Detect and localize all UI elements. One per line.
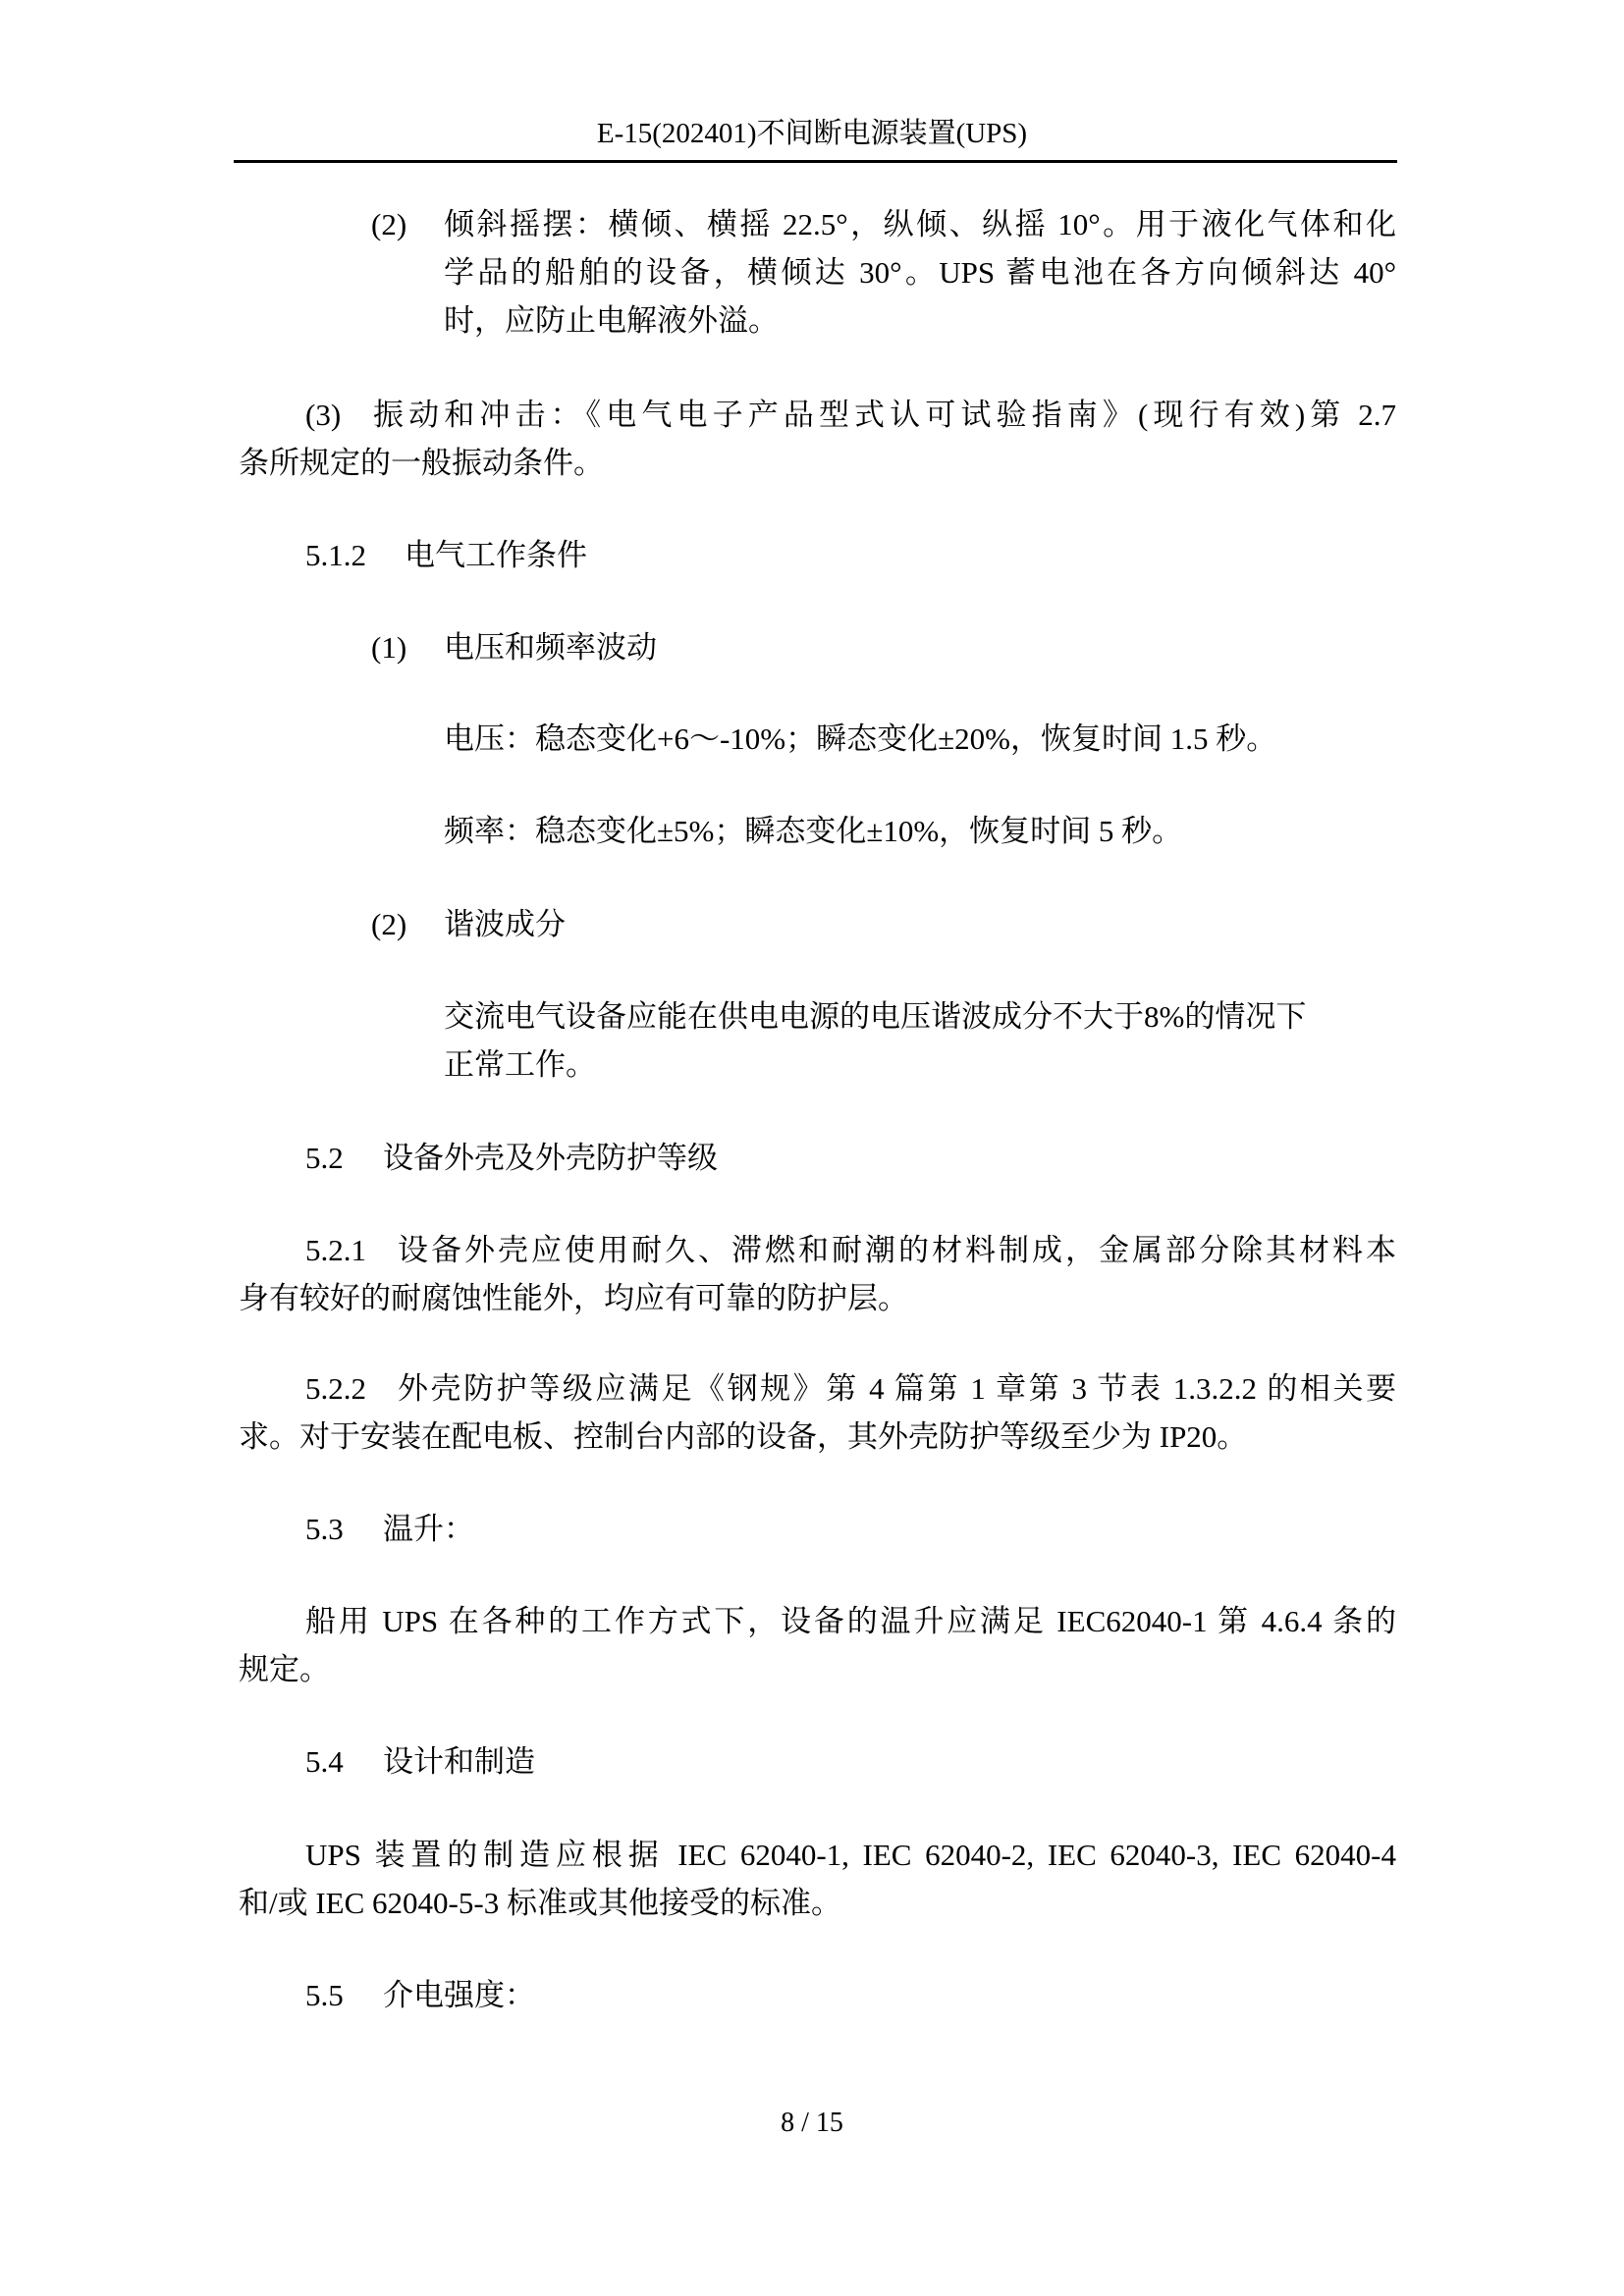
header-divider: [234, 160, 1397, 163]
paragraph-line: 学品的船舶的设备，横倾达 30°。UPS 蓄电池在各方向倾斜达 40°: [444, 253, 1396, 293]
paragraph-line: 正常工作。: [444, 1045, 596, 1085]
item-label: (3): [305, 396, 341, 435]
section-number: 5.2: [305, 1139, 344, 1178]
section-title: 设备外壳及外壳防护等级: [383, 1139, 718, 1178]
document-title: E-15(202401)不间断电源装置(UPS): [0, 116, 1624, 151]
paragraph-line: UPS 装置的制造应根据 IEC 62040-1, IEC 62040-2, I…: [305, 1836, 1396, 1875]
paragraph-line: 身有较好的耐腐蚀性能外，均应有可靠的防护层。: [239, 1279, 908, 1318]
paragraph-line: 交流电气设备应能在供电电源的电压谐波成分不大于8%的情况下: [444, 997, 1306, 1037]
page-number: 8 / 15: [0, 2107, 1624, 2140]
paragraph-line: 船用 UPS 在各种的工作方式下，设备的温升应满足 IEC62040-1 第 4…: [305, 1602, 1396, 1641]
frequency-spec: 频率：稳态变化±5%；瞬态变化±10%，恢复时间 5 秒。: [444, 812, 1182, 851]
section-number: 5.1.2: [305, 536, 366, 575]
paragraph-line: 条所规定的一般振动条件。: [239, 444, 604, 483]
paragraph-line: 倾斜摇摆：横倾、横摇 22.5°，纵倾、纵摇 10°。用于液化气体和化: [444, 205, 1396, 244]
item-title: 谐波成分: [444, 905, 566, 944]
item-title: 电压和频率波动: [444, 628, 657, 667]
section-number: 5.3: [305, 1510, 344, 1549]
paragraph-line: 规定。: [239, 1650, 330, 1689]
section-title: 设计和制造: [383, 1742, 535, 1782]
section-title: 电气工作条件: [405, 536, 587, 575]
paragraph-line: 外壳防护等级应满足《钢规》第 4 篇第 1 章第 3 节表 1.3.2.2 的相…: [398, 1369, 1396, 1409]
section-number: 5.2.1: [305, 1231, 366, 1270]
section-number: 5.4: [305, 1742, 344, 1782]
section-title: 温升：: [383, 1510, 474, 1549]
paragraph-line: 和/或 IEC 62040-5-3 标准或其他接受的标准。: [239, 1884, 841, 1923]
section-number: 5.5: [305, 1976, 344, 2015]
section-number: 5.2.2: [305, 1369, 366, 1409]
paragraph-line: 振动和冲击：《电气电子产品型式认可试验指南》(现行有效)第 2.7: [373, 396, 1396, 435]
item-label: (1): [371, 628, 406, 667]
item-label: (2): [371, 205, 406, 244]
section-title: 介电强度：: [383, 1976, 535, 2015]
paragraph-line: 求。对于安装在配电板、控制台内部的设备，其外壳防护等级至少为 IP20。: [239, 1417, 1247, 1457]
voltage-spec: 电压：稳态变化+6～-10%；瞬态变化±20%，恢复时间 1.5 秒。: [444, 720, 1276, 759]
paragraph-line: 时，应防止电解液外溢。: [444, 301, 779, 341]
paragraph-line: 设备外壳应使用耐久、滞燃和耐潮的材料制成，金属部分除其材料本: [398, 1231, 1396, 1270]
item-label: (2): [371, 905, 406, 944]
